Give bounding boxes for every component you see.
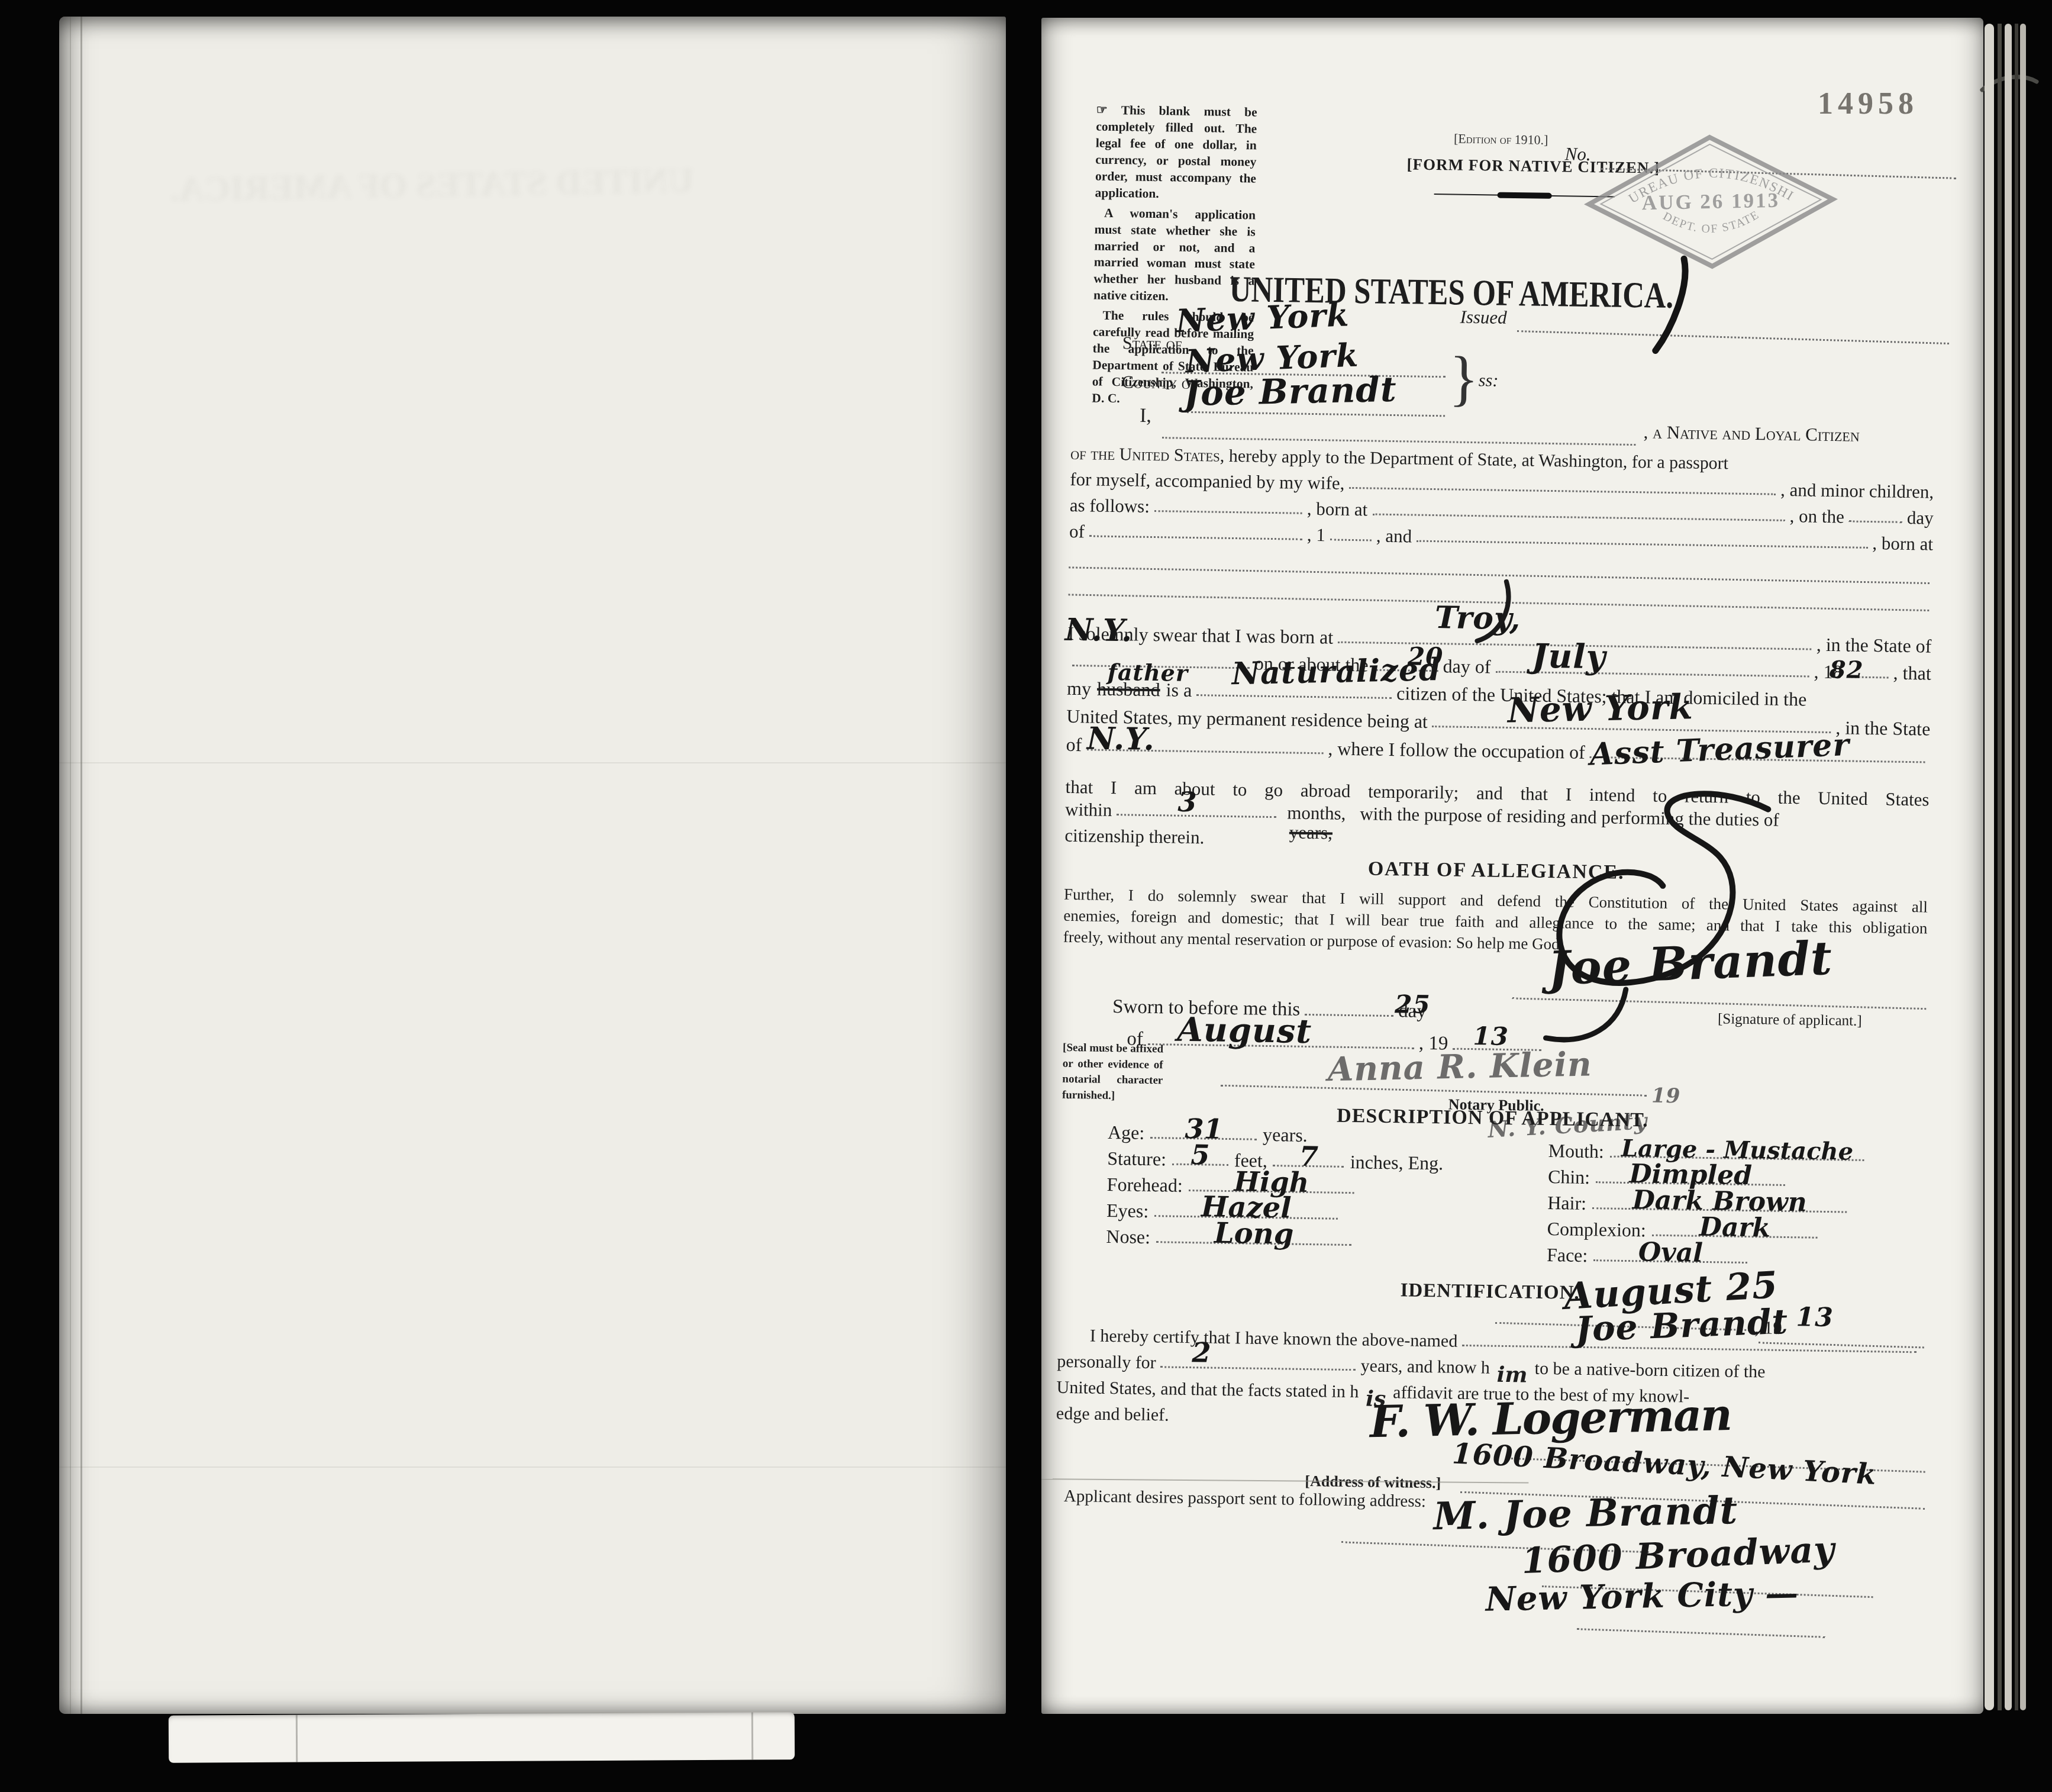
naturalized-handwritten: Naturalized — [1231, 656, 1441, 688]
purpose-text: with the purpose of residing and perform… — [1360, 803, 1779, 831]
residence-state-handwritten: N.Y. — [1087, 725, 1156, 753]
chin-value-handwritten: Dimpled — [1596, 1163, 1785, 1187]
day-label: day — [1907, 507, 1934, 529]
blank-line — [1154, 510, 1302, 514]
face-value-handwritten: Oval — [1593, 1241, 1747, 1264]
months-years-stack: months, years, — [1287, 802, 1346, 824]
applicant-name-handwritten: Joe Brandt — [1183, 374, 1397, 409]
face-row: Face: Oval — [1547, 1244, 1754, 1269]
form-content: ☞ This blank must be completely filled o… — [1041, 18, 1983, 1714]
witness-address-handwritten: 1600 Broadway, New York — [1451, 1441, 1877, 1488]
age-label: Age: — [1108, 1121, 1145, 1144]
my-text: my — [1067, 678, 1091, 700]
dotted-line — [1517, 330, 1949, 344]
occupation-handwritten: Asst Treasurer — [1589, 731, 1850, 769]
complexion-label: Complexion: — [1547, 1218, 1646, 1241]
instructions-para1: ☞ This blank must be completely filled o… — [1095, 102, 1257, 204]
facts-stated-text: United States, and that the facts stated… — [1056, 1378, 1359, 1403]
mouth-label: Mouth: — [1548, 1140, 1604, 1162]
inches-value-handwritten: 7 — [1273, 1145, 1345, 1168]
signature-caption: [Signature of applicant.] — [1718, 1011, 1862, 1030]
witness-signature: F. W. Logerman — [1369, 1395, 1731, 1442]
instructions-text1: This blank must be completely filled out… — [1095, 103, 1257, 201]
dotted-line — [1162, 437, 1635, 446]
born-at-label2: , born at — [1872, 533, 1933, 555]
opening-line2-smallcaps: of the United States, — [1070, 444, 1225, 466]
months-text: months, — [1287, 802, 1346, 823]
passport-application-page: ☞ This blank must be completely filled o… — [1041, 18, 1983, 1714]
tab-seam — [296, 1715, 298, 1762]
personally-for-text: personally for — [1057, 1352, 1156, 1373]
page-edge — [2020, 24, 2026, 1710]
paper-fold-line — [59, 1467, 1006, 1468]
oath-line3: freely, without any mental reservation o… — [1063, 928, 1564, 954]
blank-line — [1372, 513, 1785, 521]
sworn-year-handwritten: 13 — [1473, 1025, 1509, 1048]
state-of-text: , in the State of — [1817, 634, 1932, 658]
catalog-number: 14958 — [1818, 86, 1918, 121]
eyes-value-handwritten: Hazel — [1154, 1195, 1338, 1220]
page-edge — [1998, 24, 2002, 1710]
blank-line — [1089, 535, 1302, 540]
rule-bar — [1497, 192, 1551, 199]
feet-value-handwritten: 5 — [1172, 1144, 1229, 1166]
feet-writein: 5 — [1172, 1163, 1228, 1166]
applicant-signature: Joe Brandt — [1547, 938, 1833, 990]
wife-line-pre: for myself, accompanied by my wife, — [1070, 469, 1344, 494]
native-born-text: to be a native-born citizen of the — [1534, 1359, 1765, 1382]
notary-number-handwritten: 19 — [1651, 1087, 1681, 1106]
eyes-label: Eyes: — [1106, 1200, 1149, 1222]
certify-text: I hereby certify that I have known the a… — [1090, 1326, 1458, 1352]
notary-signature: Anna R. Klein — [1327, 1049, 1592, 1084]
edition-note: [Edition of 1910.] — [1454, 131, 1548, 147]
oath-heading: OATH OF ALLEGIANCE. — [1064, 853, 1928, 889]
months-value-handwritten: 3 — [1177, 790, 1198, 815]
delivery-street-handwritten: 1600 Broadway — [1521, 1533, 1835, 1577]
sworn-day-handwritten: 25 — [1395, 993, 1431, 1016]
born-at-label: , born at — [1307, 498, 1368, 521]
stamp-date-text: AUG 26 1913 — [1641, 189, 1780, 215]
scanned-document-canvas: UNITED STATES OF AMERICA. ☞ This blank m… — [0, 0, 2052, 1792]
nose-label: Nose: — [1106, 1226, 1150, 1248]
nose-writein: Long — [1156, 1241, 1351, 1246]
state-value-handwritten: New York — [1176, 300, 1350, 336]
father-handwritten: father — [1107, 662, 1188, 684]
wife-line-post: , and minor children, — [1780, 479, 1934, 503]
and-label: , and — [1376, 526, 1412, 547]
venue-brace: } — [1448, 343, 1479, 414]
of-label: of — [1069, 521, 1085, 542]
dotted-line — [1512, 997, 1926, 1010]
ss-label: ss: — [1479, 370, 1499, 391]
page-edge — [1985, 24, 1994, 1710]
age-value-handwritten: 31 — [1150, 1117, 1257, 1140]
within-text: within — [1065, 799, 1112, 821]
separator-line — [1041, 1478, 1528, 1484]
bleed-through-ghost-text: UNITED STATES OF AMERICA. — [165, 160, 698, 210]
hair-label: Hair: — [1547, 1192, 1586, 1214]
state-of-label: State of — [1122, 333, 1182, 354]
blank-line — [1161, 1366, 1356, 1371]
birthplace-handwritten: Troy, — [1435, 604, 1521, 633]
page-crease — [80, 17, 82, 1714]
him-insert-handwritten: im — [1497, 1375, 1528, 1375]
left-blank-page: UNITED STATES OF AMERICA. — [59, 17, 1006, 1714]
on-the-label: , on the — [1789, 505, 1844, 527]
delivery-city-handwritten: New York City — — [1485, 1578, 1799, 1614]
blank-line — [1330, 539, 1372, 541]
bottom-paper-tab — [169, 1712, 795, 1763]
blank-line — [1196, 694, 1392, 699]
nose-row: Nose: Long — [1106, 1226, 1357, 1251]
id-year-handwritten: 13 — [1796, 1306, 1834, 1330]
sworn-month-handwritten: August — [1177, 1015, 1312, 1047]
hair-value-handwritten: Dark Brown — [1592, 1189, 1847, 1214]
face-label: Face: — [1547, 1244, 1588, 1266]
residence-city-handwritten: New York — [1507, 691, 1693, 726]
inches-label: inches, Eng. — [1350, 1151, 1444, 1174]
blank-line — [1349, 487, 1776, 495]
tab-seam — [751, 1713, 753, 1760]
signature-descender-stroke — [1546, 988, 1625, 1040]
birth-year-handwritten: 82 — [1830, 659, 1864, 681]
birth-state-handwritten: N.Y. — [1064, 617, 1133, 645]
occupation-label-text: , where I follow the occupation of — [1328, 737, 1585, 763]
dotted-line — [1577, 1628, 1825, 1638]
years-struck-text: years, — [1289, 822, 1333, 844]
bureau-citizenship-stamp: BUREAU OF CITIZENSHIP AUG 26 1913 DEPT. … — [1580, 130, 1841, 274]
forehead-label: Forehead: — [1106, 1174, 1182, 1197]
face-writein: Oval — [1593, 1259, 1747, 1264]
complexion-value-handwritten: Dark — [1652, 1216, 1818, 1239]
dotted-line — [1069, 566, 1930, 584]
seal-note: [Seal must be affixed or other evidence … — [1062, 1040, 1164, 1105]
blank-line — [1462, 1345, 1917, 1353]
blank-line — [1849, 520, 1902, 523]
chin-label: Chin: — [1548, 1166, 1590, 1188]
pointing-hand-icon: ☞ — [1096, 103, 1108, 117]
stature-label: Stature: — [1107, 1148, 1166, 1170]
year-prefix: , 1 — [1307, 524, 1326, 546]
page-edge — [2015, 24, 2018, 1710]
paper-fold-line — [59, 762, 1006, 763]
edge-belief-line: edge and belief. — [1056, 1404, 1169, 1426]
citizen-clause: , a Native and Loyal Citizen — [1643, 421, 1860, 446]
mouth-value-handwritten: Large - Mustache — [1610, 1139, 1864, 1162]
delivery-name-handwritten: M. Joe Brandt — [1433, 1494, 1738, 1534]
day-of-text: day of — [1443, 655, 1490, 678]
blank-line — [1417, 540, 1867, 549]
known-name-handwritten: Joe Brandt — [1575, 1306, 1789, 1345]
page-edge — [2005, 24, 2012, 1710]
citizenship-therein-line: citizenship therein. — [1064, 825, 1204, 848]
blank-line — [1305, 1014, 1393, 1017]
as-follows-label: as follows: — [1070, 495, 1150, 517]
birth-month-handwritten: July — [1532, 642, 1606, 672]
in-the-state-text: , in the State — [1835, 717, 1931, 740]
opening-line2-rest: hereby apply to the Department of State,… — [1224, 446, 1728, 473]
nose-value-handwritten: Long — [1156, 1221, 1352, 1246]
know-h-text: years, and know h — [1360, 1356, 1490, 1378]
years-known-handwritten: 2 — [1192, 1340, 1212, 1365]
identification-heading: IDENTIFICATION. — [1058, 1275, 1922, 1310]
i-label: I, — [1140, 405, 1151, 427]
that-text: , that — [1893, 662, 1931, 685]
of-text: of — [1066, 734, 1082, 756]
page-crease — [70, 17, 71, 1714]
